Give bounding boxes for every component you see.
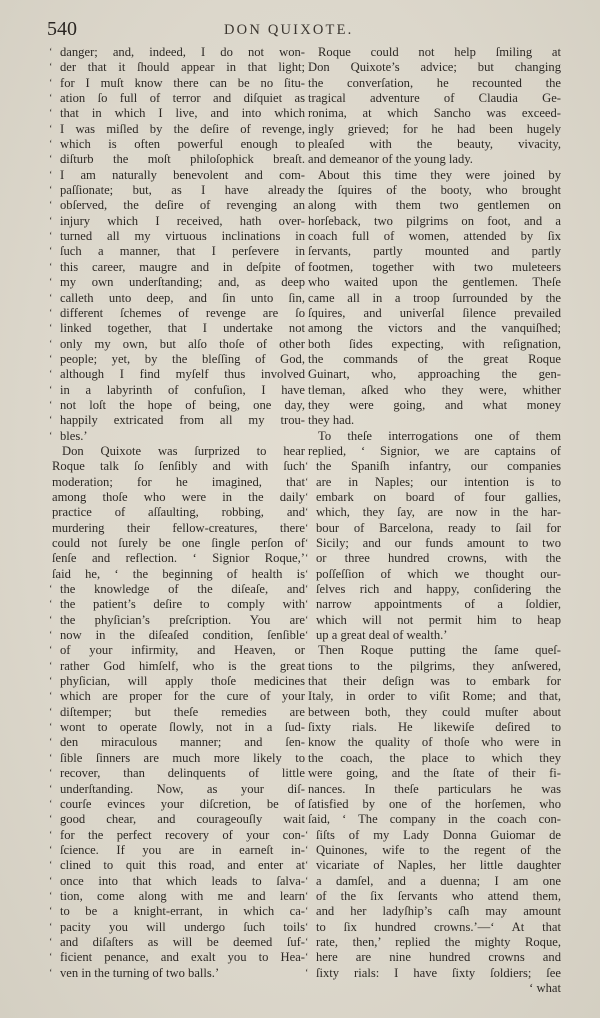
line-text: horſeback, two pilgrims on foot, and a — [308, 214, 561, 228]
text-line: ‘the phyſician’s preſcription. You are — [52, 613, 305, 628]
text-line: Guinart, who, approaching the gen- — [308, 367, 561, 382]
text-line: Italy, in order to viſit Rome; and that, — [308, 689, 561, 704]
text-line: tragical adventure of Claudia Ge- — [308, 91, 561, 106]
line-text: the commands of the great Roque — [308, 352, 561, 366]
quotation-mark-icon: ‘ — [49, 429, 52, 444]
text-line: and demeanor of the young lady. — [308, 152, 561, 167]
text-line: ‘ſiſts of my Lady Donna Guiomar de — [308, 828, 561, 843]
quotation-mark-icon: ‘ — [49, 91, 52, 106]
text-line: ‘narrow appointments of a ſoldier, — [308, 597, 561, 612]
text-line: ſixty rials. He likewiſe deſired to — [308, 720, 561, 735]
page-header: 540 DON QUIXOTE. — [0, 18, 600, 42]
line-text: the knowledge of the diſeaſe, and — [60, 582, 305, 596]
text-line: among the victors and the vanquiſhed; — [308, 321, 561, 336]
text-line: To theſe interrogations one of them — [308, 429, 561, 444]
text-line: ‘underſtanding. Now, as your diſ- — [52, 782, 305, 797]
text-line: moderation; for he imagined, that — [52, 475, 305, 490]
quotation-mark-icon: ‘ — [49, 383, 52, 398]
line-text: ſiſts of my Lady Donna Guiomar de — [316, 828, 561, 842]
line-text: happily extricated from all my trou- — [60, 413, 305, 427]
line-text: ronima, at which Sancho was exceed- — [308, 106, 561, 120]
text-line: ‘ation ſo full of terror and diſquiet as — [52, 91, 305, 106]
line-text: ation ſo full of terror and diſquiet as — [60, 91, 305, 105]
line-text: of your infirmity, and Heaven, or — [60, 643, 305, 657]
text-line: ſaid, ‘ The company in the coach con- — [308, 812, 561, 827]
line-text: that in which I live, and into which — [60, 106, 305, 120]
line-text: About this time they were joined by — [318, 168, 561, 182]
line-text: ſenſe and reflection. ‘ Signior Roque,’ — [52, 551, 305, 565]
line-text: of the ſix ſervants who attend them, — [316, 889, 561, 903]
line-text: that their deſign was to embark for — [308, 674, 561, 688]
text-line: ‘to ſix hundred crowns.’—‘ At that — [308, 920, 561, 935]
quotation-mark-icon: ‘ — [305, 551, 308, 566]
line-text: linked together, that I undertake not — [60, 321, 305, 335]
text-line: ‘although I find myſelf thus involved — [52, 367, 305, 382]
quotation-mark-icon: ‘ — [49, 705, 52, 720]
line-text: ven in the turning of two balls.’ — [60, 966, 219, 980]
text-line: know the quality of thoſe who were in — [308, 735, 561, 750]
text-line: ‘ſelves rich and happy, conſidering the — [308, 582, 561, 597]
line-text: ſatisfied by one of the horſemen, who — [308, 797, 561, 811]
quotation-mark-icon: ‘ — [49, 735, 52, 750]
line-text: are in Naples; our intention is to — [316, 475, 561, 489]
text-line: ‘and diſaſters as will be deemed ſuf- — [52, 935, 305, 950]
text-line: ‘ſuch a manner, that I perſevere in — [52, 244, 305, 259]
quotation-mark-icon: ‘ — [49, 260, 52, 275]
line-text: practice of aſſaulting, robbing, and — [52, 505, 305, 519]
text-line: ‘clined to quit this road, and enter at — [52, 858, 305, 873]
line-text: injury which I received, hath over- — [60, 214, 305, 228]
line-text: tions to the pilgrims, they anſwered, — [308, 659, 561, 673]
quotation-mark-icon: ‘ — [49, 45, 52, 60]
line-text: narrow appointments of a ſoldier, — [316, 597, 561, 611]
text-line: ‘obſerved, the deſire of revenging an — [52, 198, 305, 213]
line-text: bour of Barcelona, ready to ſail for — [316, 521, 561, 535]
line-text: ſible ſinners are much more likely to — [60, 751, 305, 765]
quotation-mark-icon: ‘ — [305, 950, 308, 965]
text-line: ſatisfied by one of the horſemen, who — [308, 797, 561, 812]
line-text: a damſel, and a duenna; I am one — [316, 874, 561, 888]
quotation-mark-icon: ‘ — [305, 475, 308, 490]
text-line: ‘different ſchemes of revenge are ſo — [52, 306, 305, 321]
quotation-mark-icon: ‘ — [49, 812, 52, 827]
line-text: here are nine hundred crowns and — [316, 950, 561, 964]
quotation-mark-icon: ‘ — [49, 966, 52, 981]
text-line: ‘this career, maugre and in deſpite of — [52, 260, 305, 275]
text-line: nances. In theſe particulars he was — [308, 782, 561, 797]
text-line: ‘diſturb the moſt philoſophick breaſt. — [52, 152, 305, 167]
line-text: in a labyrinth of confuſion, I have — [60, 383, 305, 397]
quotation-mark-icon: ‘ — [49, 950, 52, 965]
quotation-mark-icon: ‘ — [49, 76, 52, 91]
line-text: poſſeſſion of which we thought our- — [316, 567, 561, 581]
quotation-mark-icon: ‘ — [49, 935, 52, 950]
quotation-mark-icon: ‘ — [49, 275, 52, 290]
text-line: ‘only my own, but alſo thoſe of other — [52, 337, 305, 352]
text-line: ‘bles.’ — [52, 429, 305, 444]
line-text: Sicily; and our funds amount to two — [316, 536, 561, 550]
line-text: not loſt the hope of being, one day, — [60, 398, 305, 412]
line-text: Then Roque putting the ſame queſ- — [318, 643, 561, 657]
line-text: I am naturally benevolent and com- — [60, 168, 305, 182]
text-line: ‘good chear, and courageouſly wait — [52, 812, 305, 827]
line-text: the Spaniſh infantry, our companies — [316, 459, 561, 473]
quotation-mark-icon: ‘ — [305, 966, 308, 981]
line-text: I was miſled by the deſire of revenge, — [60, 122, 305, 136]
line-text: this career, maugre and in deſpite of — [60, 260, 305, 274]
text-line: ‘vicariate of Naples, her little daughte… — [308, 858, 561, 873]
line-text: diſturb the moſt philoſophick breaſt. — [60, 152, 305, 166]
line-text: both ſides expecting, with reſignation, — [308, 337, 561, 351]
text-line: ‘calleth unto deep, and ſin unto ſin, — [52, 291, 305, 306]
text-line: came all in a troop ſurrounded by the — [308, 291, 561, 306]
text-line: ‘embark on board of four gallies, — [308, 490, 561, 505]
text-line: ſervants, partly mounted and partly — [308, 244, 561, 259]
quotation-mark-icon: ‘ — [49, 398, 52, 413]
line-text: among the victors and the vanquiſhed; — [308, 321, 561, 335]
text-line: ‘the Spaniſh infantry, our companies — [308, 459, 561, 474]
running-head: DON QUIXOTE. — [224, 22, 354, 39]
line-text: to be a knight-errant, in which ca- — [60, 904, 305, 918]
line-text: tleman, aſked who they were, whither — [308, 383, 561, 397]
text-line: ‘courſe evinces your diſcretion, be of — [52, 797, 305, 812]
quotation-mark-icon: ‘ — [305, 505, 308, 520]
line-text: ingly grieved; for he had been hugely — [308, 122, 561, 136]
line-text: clined to quit this road, and enter at — [60, 858, 305, 872]
quotation-mark-icon: ‘ — [49, 597, 52, 612]
text-line: ‘up a great deal of wealth.’ — [308, 628, 561, 643]
text-line: ‘of the ſix ſervants who attend them, — [308, 889, 561, 904]
text-line: Then Roque putting the ſame queſ- — [308, 643, 561, 658]
quotation-mark-icon: ‘ — [305, 889, 308, 904]
quotation-mark-icon: ‘ — [49, 214, 52, 229]
text-line: ‘turned all my virtuous inclinations in — [52, 229, 305, 244]
quotation-mark-icon: ‘ — [49, 367, 52, 382]
line-text: tragical adventure of Claudia Ge- — [308, 91, 561, 105]
quotation-mark-icon: ‘ — [305, 613, 308, 628]
text-line: ‘my own underſtanding; and, as deep — [52, 275, 305, 290]
quotation-mark-icon: ‘ — [49, 874, 52, 889]
line-text: recover, than delinquents of little — [60, 766, 305, 780]
text-line: ‘which is often powerful enough to — [52, 137, 305, 152]
quotation-mark-icon: ‘ — [49, 689, 52, 704]
quotation-mark-icon: ‘ — [49, 613, 52, 628]
quotation-mark-icon: ‘ — [305, 628, 308, 643]
line-text: pleaſed with the beauty, vivacity, — [308, 137, 561, 151]
text-line: ingly grieved; for he had been hugely — [308, 122, 561, 137]
line-text: between both, they could muſter about — [308, 705, 561, 719]
line-text: underſtanding. Now, as your diſ- — [60, 782, 305, 796]
line-text: paſſionate; but, as I have already — [60, 183, 305, 197]
quotation-mark-icon: ‘ — [305, 828, 308, 843]
quotation-mark-icon: ‘ — [49, 306, 52, 321]
quotation-mark-icon: ‘ — [305, 490, 308, 505]
line-text: the converſation, he recounted the — [308, 76, 561, 90]
text-line: ‘the patient’s deſire to comply with — [52, 597, 305, 612]
line-text: the patient’s deſire to comply with — [60, 597, 305, 611]
text-line: ‘to be a knight-errant, in which ca- — [52, 904, 305, 919]
text-line: ‘rate, then,’ replied the mighty Roque, — [308, 935, 561, 950]
text-line: ‘here are nine hundred crowns and — [308, 950, 561, 965]
text-line: the converſation, he recounted the — [308, 76, 561, 91]
text-line: tions to the pilgrims, they anſwered, — [308, 659, 561, 674]
line-text: the coach, the place to which they — [308, 751, 561, 765]
line-text: only my own, but alſo thoſe of other — [60, 337, 305, 351]
line-text: ſquires, and univerſal ſilence prevailed — [308, 306, 561, 320]
line-text: Don Quixote’s advice; but changing — [308, 60, 561, 74]
text-line: ‘den miraculous manner; and ſen- — [52, 735, 305, 750]
line-text: rather God himſelf, who is the great — [60, 659, 305, 673]
quotation-mark-icon: ‘ — [49, 751, 52, 766]
text-line: ‘people; yet, by the bleſſing of God, — [52, 352, 305, 367]
quotation-mark-icon: ‘ — [305, 935, 308, 950]
line-text: Quinones, wife to the regent of the — [316, 843, 561, 857]
book-page: 540 DON QUIXOTE. ‘danger; and, indeed, I… — [0, 0, 600, 1018]
line-text: they were going, and what money — [308, 398, 561, 412]
text-line: ‘or three hundred crowns, with the — [308, 551, 561, 566]
text-line: ‘not loſt the hope of being, one day, — [52, 398, 305, 413]
text-line: ſquires, and univerſal ſilence prevailed — [308, 306, 561, 321]
text-line: ronima, at which Sancho was exceed- — [308, 106, 561, 121]
quotation-mark-icon: ‘ — [49, 352, 52, 367]
line-text: came all in a troop ſurrounded by the — [308, 291, 561, 305]
line-text: ſixty rials. He likewiſe deſired to — [308, 720, 561, 734]
text-line: ‘I am naturally benevolent and com- — [52, 168, 305, 183]
text-line: ‘for I muſt know there can be no ſitu- — [52, 76, 305, 91]
line-text: ficient penance, and exalt you to Hea- — [60, 950, 305, 964]
line-text: and her ladyſhip’s caſh may amount — [316, 904, 561, 918]
text-line: practice of aſſaulting, robbing, and — [52, 505, 305, 520]
quotation-mark-icon: ‘ — [49, 291, 52, 306]
quotation-mark-icon: ‘ — [49, 183, 52, 198]
text-line: ſaid he, ‘ the beginning of health is — [52, 567, 305, 582]
text-line: ‘Quinones, wife to the regent of the — [308, 843, 561, 858]
line-text: people; yet, by the bleſſing of God, — [60, 352, 305, 366]
text-line: horſeback, two pilgrims on foot, and a — [308, 214, 561, 229]
quotation-mark-icon: ‘ — [49, 413, 52, 428]
text-line: ‘are in Naples; our intention is to — [308, 475, 561, 490]
line-text: bles.’ — [60, 429, 88, 443]
line-text: coach full of women, attended by ſix — [308, 229, 561, 243]
text-line: replied, ‘ Signior, we are captains of — [308, 444, 561, 459]
text-line: Roque talk ſo ſenſibly and with ſuch — [52, 459, 305, 474]
line-text: Don Quixote was ſurprized to hear — [62, 444, 305, 458]
text-line: pleaſed with the beauty, vivacity, — [308, 137, 561, 152]
quotation-mark-icon: ‘ — [305, 843, 308, 858]
right-column: Roque could not help ſmiling atDon Quixo… — [308, 45, 561, 996]
text-line: Don Quixote was ſurprized to hear — [52, 444, 305, 459]
text-line: Don Quixote’s advice; but changing — [308, 60, 561, 75]
line-text: tion, come along with me and learn — [60, 889, 305, 903]
line-text: the phyſician’s preſcription. You are — [60, 613, 305, 627]
text-line: ‘poſſeſſion of which we thought our- — [308, 567, 561, 582]
text-line: ‘phyſician, will apply thoſe medicines — [52, 674, 305, 689]
quotation-mark-icon: ‘ — [49, 797, 52, 812]
line-text: who waited upon the gentlemen. Theſe — [308, 275, 561, 289]
line-text: ſixty rials: I have ſixty ſoldiers; ſee — [316, 966, 561, 980]
text-line: ‘for the perfect recovery of your con- — [52, 828, 305, 843]
text-line: ‘der that it ſhould appear in that light… — [52, 60, 305, 75]
quotation-mark-icon: ‘ — [49, 106, 52, 121]
quotation-mark-icon: ‘ — [49, 321, 52, 336]
quotation-mark-icon: ‘ — [49, 152, 52, 167]
text-line: coach full of women, attended by ſix — [308, 229, 561, 244]
quotation-mark-icon: ‘ — [49, 168, 52, 183]
text-line: ‘ven in the turning of two balls.’ — [52, 966, 305, 981]
quotation-mark-icon: ‘ — [49, 122, 52, 137]
text-line: they were going, and what money — [308, 398, 561, 413]
line-text: danger; and, indeed, I do not won- — [60, 45, 305, 59]
text-line: ‘wont to operate ſlowly, not in a ſud- — [52, 720, 305, 735]
text-line: ſenſe and reflection. ‘ Signior Roque,’ — [52, 551, 305, 566]
text-line: ‘now in the diſeaſed condition, ſenſible — [52, 628, 305, 643]
text-line: ‘which will not permit him to heap — [308, 613, 561, 628]
line-text: and demeanor of the young lady. — [308, 152, 473, 166]
line-text: phyſician, will apply thoſe medicines — [60, 674, 305, 688]
line-text: which is often powerful enough to — [60, 137, 305, 151]
line-text: for I muſt know there can be no ſitu- — [60, 76, 305, 90]
text-line: ‘and her ladyſhip’s caſh may amount — [308, 904, 561, 919]
line-text: they had. — [308, 413, 354, 427]
text-line: ‘ſcience. If you are in earneſt in- — [52, 843, 305, 858]
line-text: pacity you will undergo ſuch toils — [60, 920, 305, 934]
quotation-mark-icon: ‘ — [305, 874, 308, 889]
quotation-mark-icon: ‘ — [49, 828, 52, 843]
text-line: ‘bour of Barcelona, ready to ſail for — [308, 521, 561, 536]
line-text: ſuch a manner, that I perſevere in — [60, 244, 305, 258]
line-text: or three hundred crowns, with the — [316, 551, 561, 565]
quotation-mark-icon: ‘ — [305, 536, 308, 551]
line-text: moderation; for he imagined, that — [52, 475, 305, 489]
quotation-mark-icon: ‘ — [305, 858, 308, 873]
text-line: ‘the knowledge of the diſeaſe, and — [52, 582, 305, 597]
text-line: ‘which are proper for the cure of your — [52, 689, 305, 704]
quotation-mark-icon: ‘ — [49, 244, 52, 259]
quotation-mark-icon: ‘ — [49, 920, 52, 935]
text-line: ‘linked together, that I undertake not — [52, 321, 305, 336]
line-text: Italy, in order to viſit Rome; and that, — [308, 689, 561, 703]
line-text: den miraculous manner; and ſen- — [60, 735, 305, 749]
line-text: which are proper for the cure of your — [60, 689, 305, 703]
quotation-mark-icon: ‘ — [305, 904, 308, 919]
text-line: they had. — [308, 413, 561, 428]
quotation-mark-icon: ‘ — [49, 720, 52, 735]
quotation-mark-icon: ‘ — [49, 643, 52, 658]
quotation-mark-icon: ‘ — [49, 229, 52, 244]
text-line: ‘rather God himſelf, who is the great — [52, 659, 305, 674]
line-text: which, they ſay, are now in the har- — [316, 505, 561, 519]
text-line: ‘ficient penance, and exalt you to Hea- — [52, 950, 305, 965]
line-text: courſe evinces your diſcretion, be of — [60, 797, 305, 811]
text-line: ‘happily extricated from all my trou- — [52, 413, 305, 428]
line-text: once into that which leads to ſalva- — [60, 874, 305, 888]
text-line: both ſides expecting, with reſignation, — [308, 337, 561, 352]
line-text: obſerved, the deſire of revenging an — [60, 198, 305, 212]
text-line: the coach, the place to which they — [308, 751, 561, 766]
line-text: nances. In theſe particulars he was — [308, 782, 561, 796]
line-text: the ſquires of the booty, who brought — [308, 183, 561, 197]
quotation-mark-icon: ‘ — [49, 858, 52, 873]
line-text: embark on board of four gallies, — [316, 490, 561, 504]
line-text: ſcience. If you are in earneſt in- — [60, 843, 305, 857]
quotation-mark-icon: ‘ — [49, 582, 52, 597]
text-line: ‘recover, than delinquents of little — [52, 766, 305, 781]
quotation-mark-icon: ‘ — [305, 582, 308, 597]
line-text: my own underſtanding; and, as deep — [60, 275, 305, 289]
line-text: Roque could not help ſmiling at — [318, 45, 561, 59]
line-text: rate, then,’ replied the mighty Roque, — [316, 935, 561, 949]
line-text: up a great deal of wealth.’ — [316, 628, 447, 642]
text-line: who waited upon the gentlemen. Theſe — [308, 275, 561, 290]
line-text: to ſix hundred crowns.’—‘ At that — [316, 920, 561, 934]
page-number: 540 — [47, 18, 77, 41]
line-text: now in the diſeaſed condition, ſenſible — [60, 628, 305, 642]
line-text: der that it ſhould appear in that light; — [60, 60, 305, 74]
line-text: ſaid, ‘ The company in the coach con- — [308, 812, 561, 826]
line-text: good chear, and courageouſly wait — [60, 812, 305, 826]
text-line: that their deſign was to embark for — [308, 674, 561, 689]
text-line: ‘tion, come along with me and learn — [52, 889, 305, 904]
text-line: About this time they were joined by — [308, 168, 561, 183]
quotation-mark-icon: ‘ — [49, 782, 52, 797]
line-text: ſelves rich and happy, conſidering the — [316, 582, 561, 596]
text-line: between both, they could muſter about — [308, 705, 561, 720]
line-text: for the perfect recovery of your con- — [60, 828, 305, 842]
line-text: footmen, together with two muleteers — [308, 260, 561, 274]
catchword: ‘ what — [308, 981, 561, 996]
quotation-mark-icon: ‘ — [305, 459, 308, 474]
quotation-mark-icon: ‘ — [49, 889, 52, 904]
line-text: vicariate of Naples, her little daughter — [316, 858, 561, 872]
quotation-mark-icon: ‘ — [49, 674, 52, 689]
line-text: along with them two gentlemen on — [308, 198, 561, 212]
line-text: different ſchemes of revenge are ſo — [60, 306, 305, 320]
line-text: ſaid he, ‘ the beginning of health is — [52, 567, 305, 581]
quotation-mark-icon: ‘ — [49, 137, 52, 152]
quotation-mark-icon: ‘ — [49, 659, 52, 674]
quotation-mark-icon: ‘ — [49, 904, 52, 919]
line-text: ſervants, partly mounted and partly — [308, 244, 561, 258]
line-text: wont to operate ſlowly, not in a ſud- — [60, 720, 305, 734]
left-column: ‘danger; and, indeed, I do not won-‘der … — [52, 45, 305, 981]
line-text: murdering their fellow-creatures, there — [52, 521, 305, 535]
text-line: ‘once into that which leads to ſalva- — [52, 874, 305, 889]
line-text: diſtemper; but theſe remedies are — [60, 705, 305, 719]
text-line: the commands of the great Roque — [308, 352, 561, 367]
text-line: ‘danger; and, indeed, I do not won- — [52, 45, 305, 60]
line-text: Guinart, who, approaching the gen- — [308, 367, 561, 381]
line-text: know the quality of thoſe who were in — [308, 735, 561, 749]
text-line: ‘a damſel, and a duenna; I am one — [308, 874, 561, 889]
text-line: tleman, aſked who they were, whither — [308, 383, 561, 398]
text-line: the ſquires of the booty, who brought — [308, 183, 561, 198]
quotation-mark-icon: ‘ — [305, 521, 308, 536]
text-line: murdering their fellow-creatures, there — [52, 521, 305, 536]
line-text: were going, and the ſtate of their fi- — [308, 766, 561, 780]
text-line: footmen, together with two muleteers — [308, 260, 561, 275]
line-text: although I find myſelf thus involved — [60, 367, 305, 381]
quotation-mark-icon: ‘ — [49, 337, 52, 352]
line-text: could not ſurely be one ſingle perſon of — [52, 536, 305, 550]
quotation-mark-icon: ‘ — [49, 198, 52, 213]
text-line: ‘ſible ſinners are much more likely to — [52, 751, 305, 766]
line-text: which will not permit him to heap — [316, 613, 561, 627]
text-line: Roque could not help ſmiling at — [308, 45, 561, 60]
text-line: ‘of your infirmity, and Heaven, or — [52, 643, 305, 658]
quotation-mark-icon: ‘ — [49, 766, 52, 781]
text-line: ‘in a labyrinth of confuſion, I have — [52, 383, 305, 398]
line-text: calleth unto deep, and ſin unto ſin, — [60, 291, 305, 305]
